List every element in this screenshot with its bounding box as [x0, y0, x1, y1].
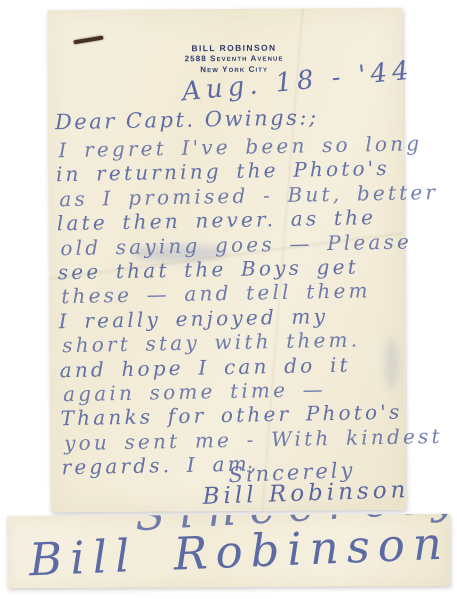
letter-signature: Bill Robinson — [202, 477, 410, 510]
letter-sheet: BILL ROBINSON 2588 Seventh Avenue New Yo… — [47, 8, 405, 512]
signature-closeup-strip: Sincerely Bill Robinson — [7, 514, 450, 588]
letter-salutation: Dear Capt. Owings:; — [55, 104, 397, 135]
closeup-signature: Bill Robinson — [28, 517, 450, 587]
ink-smudge — [385, 338, 399, 390]
letter-photo: BILL ROBINSON 2588 Seventh Avenue New Yo… — [0, 0, 457, 599]
letter-body: Dear Capt. Owings:; I regret I've been s… — [55, 104, 404, 480]
